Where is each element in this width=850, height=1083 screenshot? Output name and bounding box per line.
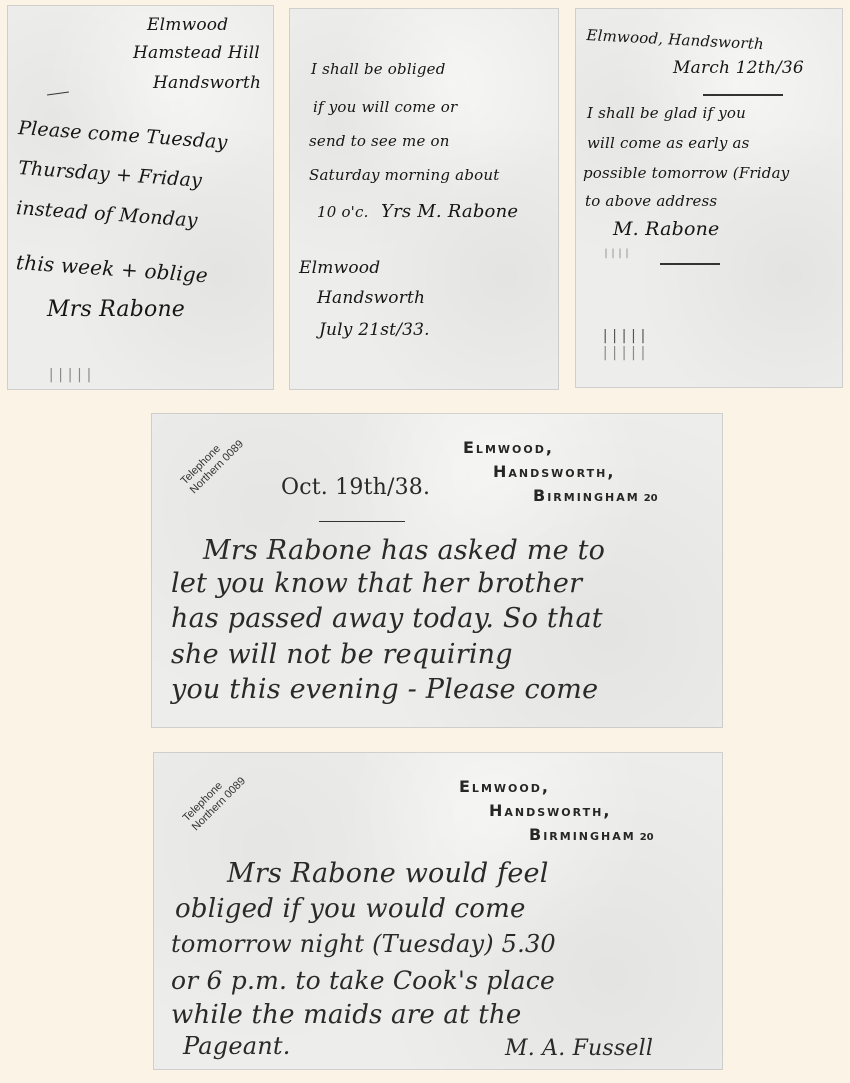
card2-body-line-3: send to see me on [309,132,450,150]
card5-postcode: 20 [640,832,654,843]
card1-body-line-2: Thursday + Friday [17,157,202,192]
note-card-3: Elmwood, Handsworth March 12th/36 I shal… [575,8,843,388]
card1-address-line-3: Handsworth [153,73,261,93]
card1-address-line-2: Hamstead Hill [133,43,260,63]
card4-date: Oct. 19th/38. [281,475,430,500]
note-card-1: Elmwood Hamstead Hill Handsworth Please … [7,5,274,390]
card3-address: Elmwood, Handsworth [586,26,764,53]
card3-signature: M. Rabone [613,218,720,240]
card2-signature: Yrs M. Rabone [381,201,518,222]
card5-body-line-1: Mrs Rabone would feel [227,858,549,889]
card3-signature-flourish [660,263,720,265]
card2-body-line-2: if you will come or [313,98,457,116]
card5-letterhead-line-3: Birmingham20 [529,825,654,844]
card3-date: March 12th/36 [673,58,804,78]
card2-address-line-1: Elmwood [299,258,380,278]
card1-body-line-1: Please come Tuesday [17,117,228,154]
card3-pencil-marks-3: ||||| [601,345,648,361]
card4-body-line-3: has passed away today. So that [171,603,603,634]
printed-card-2: Telephone Northern 0089 Elmwood, Handswo… [153,752,723,1070]
card4-body-line-2: let you know that her brother [171,568,582,599]
card5-body-line-4: or 6 p.m. to take Cook's place [171,966,555,995]
card1-signature: Mrs Rabone [47,297,185,322]
card1-body-line-4: this week + oblige [15,250,208,287]
card5-letterhead-line-2: Handsworth, [489,801,611,820]
card4-letterhead-line-2: Handsworth, [493,462,615,481]
card1-body-line-3: instead of Monday [15,197,198,232]
card3-pencil-marks-1: |||| [603,248,631,259]
card5-body-line-6: Pageant. [183,1032,291,1060]
card5-letterhead-line-1: Elmwood, [459,777,550,796]
card4-date-underline [319,521,405,522]
card3-date-underline [703,94,783,96]
card5-telephone-block: Telephone Northern 0089 [181,766,249,834]
card3-body-line-2: will come as early as [587,134,750,152]
card5-body-line-2: obliged if you would come [175,894,526,924]
card2-body-line-1: I shall be obliged [311,60,446,78]
card4-letterhead-line-3: Birmingham20 [533,486,658,505]
card2-date: July 21st/33. [319,320,430,340]
card3-body-line-4: to above address [585,192,717,210]
card3-pencil-marks-2: ||||| [601,328,648,344]
card2-address-line-2: Handsworth [317,288,425,308]
card2-body-line-4: Saturday morning about [309,166,499,184]
card5-body-line-3: tomorrow night (Tuesday) 5.30 [171,930,556,958]
card4-letterhead-line-1: Elmwood, [463,438,554,457]
card5-city: Birmingham [529,825,636,844]
note-card-2: I shall be obliged if you will come or s… [289,8,559,390]
card5-signature: M. A. Fussell [505,1036,653,1061]
card4-body-line-4: she will not be requiring [171,639,513,670]
card4-postcode: 20 [644,493,658,504]
card1-dash [47,91,69,95]
card4-city: Birmingham [533,486,640,505]
printed-card-1: Telephone Northern 0089 Elmwood, Handswo… [151,413,723,728]
card4-body-line-5: you this evening - Please come [171,674,598,705]
card4-telephone-block: Telephone Northern 0089 [179,429,247,497]
card1-address-line-1: Elmwood [147,15,228,35]
card5-body-line-5: while the maids are at the [171,1000,521,1030]
card4-body-line-1: Mrs Rabone has asked me to [203,535,605,566]
card3-body-line-3: possible tomorrow (Friday [583,164,789,182]
card3-body-line-1: I shall be glad if you [587,104,746,122]
card1-pencil-marks: ||||| [47,367,94,383]
card2-body-line-5: 10 o'c. [317,203,369,221]
